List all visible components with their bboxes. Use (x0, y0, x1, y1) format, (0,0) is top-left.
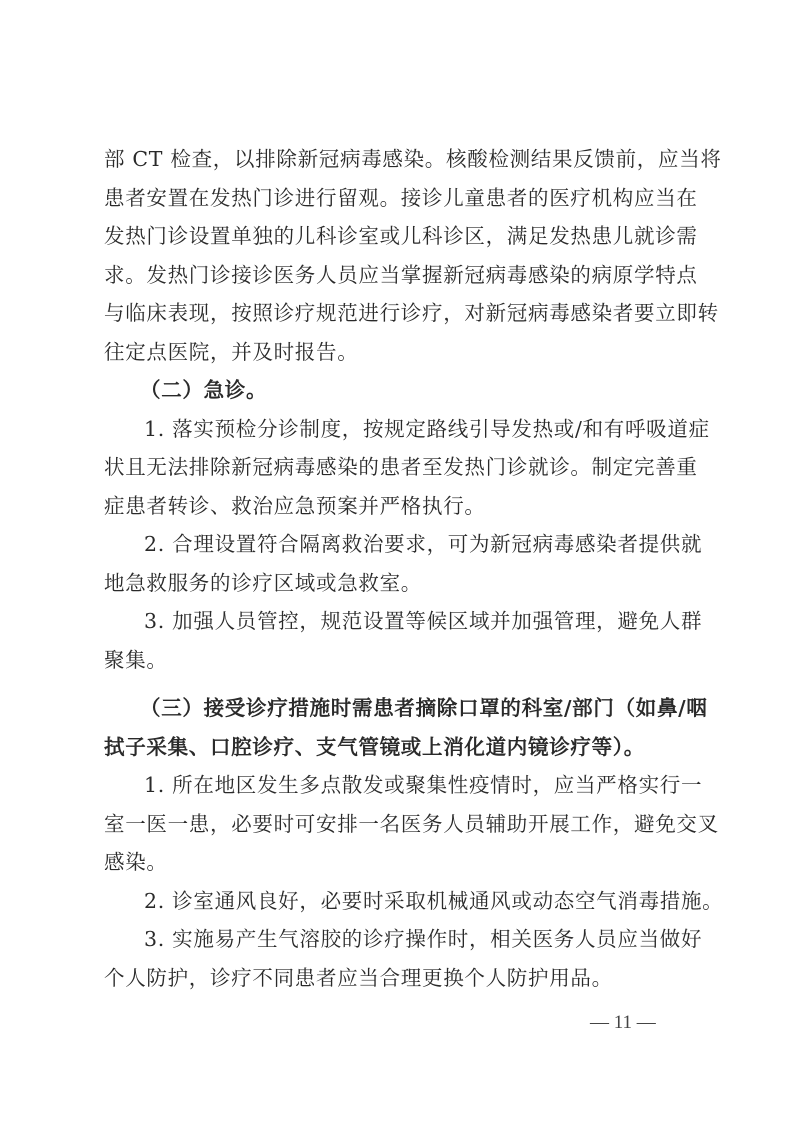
section-heading-mask-removal-cont: 拭子采集、口腔诊疗、支气管镜或上消化道内镜诊疗等）。 (104, 732, 645, 762)
paragraph-line: 感染。 (104, 847, 168, 877)
paragraph-line: 室一医一患，必要时可安排一名医务人员辅助开展工作，避免交叉 (104, 809, 719, 839)
paragraph-line: 个人防护，诊疗不同患者应当合理更换个人防护用品。 (104, 963, 613, 993)
paragraph-line: 2. 诊室通风良好，必要时采取机械通风或动态空气消毒措施。 (144, 886, 723, 916)
paragraph-line: 1. 所在地区发生多点散发或聚集性疫情时，应当严格实行一 (144, 770, 702, 800)
page-number: — 11 — (590, 1012, 656, 1034)
section-heading-mask-removal: （三）接受诊疗措施时需患者摘除口罩的科室/部门（如鼻/咽 (140, 693, 708, 723)
paragraph-line: 3. 加强人员管控，规范设置等候区域并加强管理，避免人群 (144, 606, 702, 636)
paragraph-line: 地急救服务的诊疗区域或急救室。 (104, 568, 422, 598)
paragraph-line: 与临床表现，按照诊疗规范进行诊疗，对新冠病毒感染者要立即转 (104, 298, 719, 328)
paragraph-line: 1. 落实预检分诊制度，按规定路线引导发热或/和有呼吸道症 (144, 414, 710, 444)
paragraph-line: 2. 合理设置符合隔离救治要求，可为新冠病毒感染者提供就 (144, 529, 702, 559)
paragraph-line: 聚集。 (104, 645, 168, 675)
section-heading-emergency: （二）急诊。 (140, 375, 267, 405)
paragraph-line: 状且无法排除新冠病毒感染的患者至发热门诊就诊。制定完善重 (104, 452, 698, 482)
paragraph-line: 往定点医院，并及时报告。 (104, 337, 358, 367)
paragraph-line: 症患者转诊、救治应急预案并严格执行。 (104, 491, 486, 521)
paragraph-line: 3. 实施易产生气溶胶的诊疗操作时，相关医务人员应当做好 (144, 924, 702, 954)
paragraph-line: 求。发热门诊接诊医务人员应当掌握新冠病毒感染的病原学特点 (104, 260, 698, 290)
paragraph-line: 发热门诊设置单独的儿科诊室或儿科诊区，满足发热患儿就诊需 (104, 221, 698, 251)
paragraph-line: 患者安置在发热门诊进行留观。接诊儿童患者的医疗机构应当在 (104, 183, 698, 213)
paragraph-line: 部 CT 检查，以排除新冠病毒感染。核酸检测结果反馈前，应当将 (104, 144, 722, 174)
